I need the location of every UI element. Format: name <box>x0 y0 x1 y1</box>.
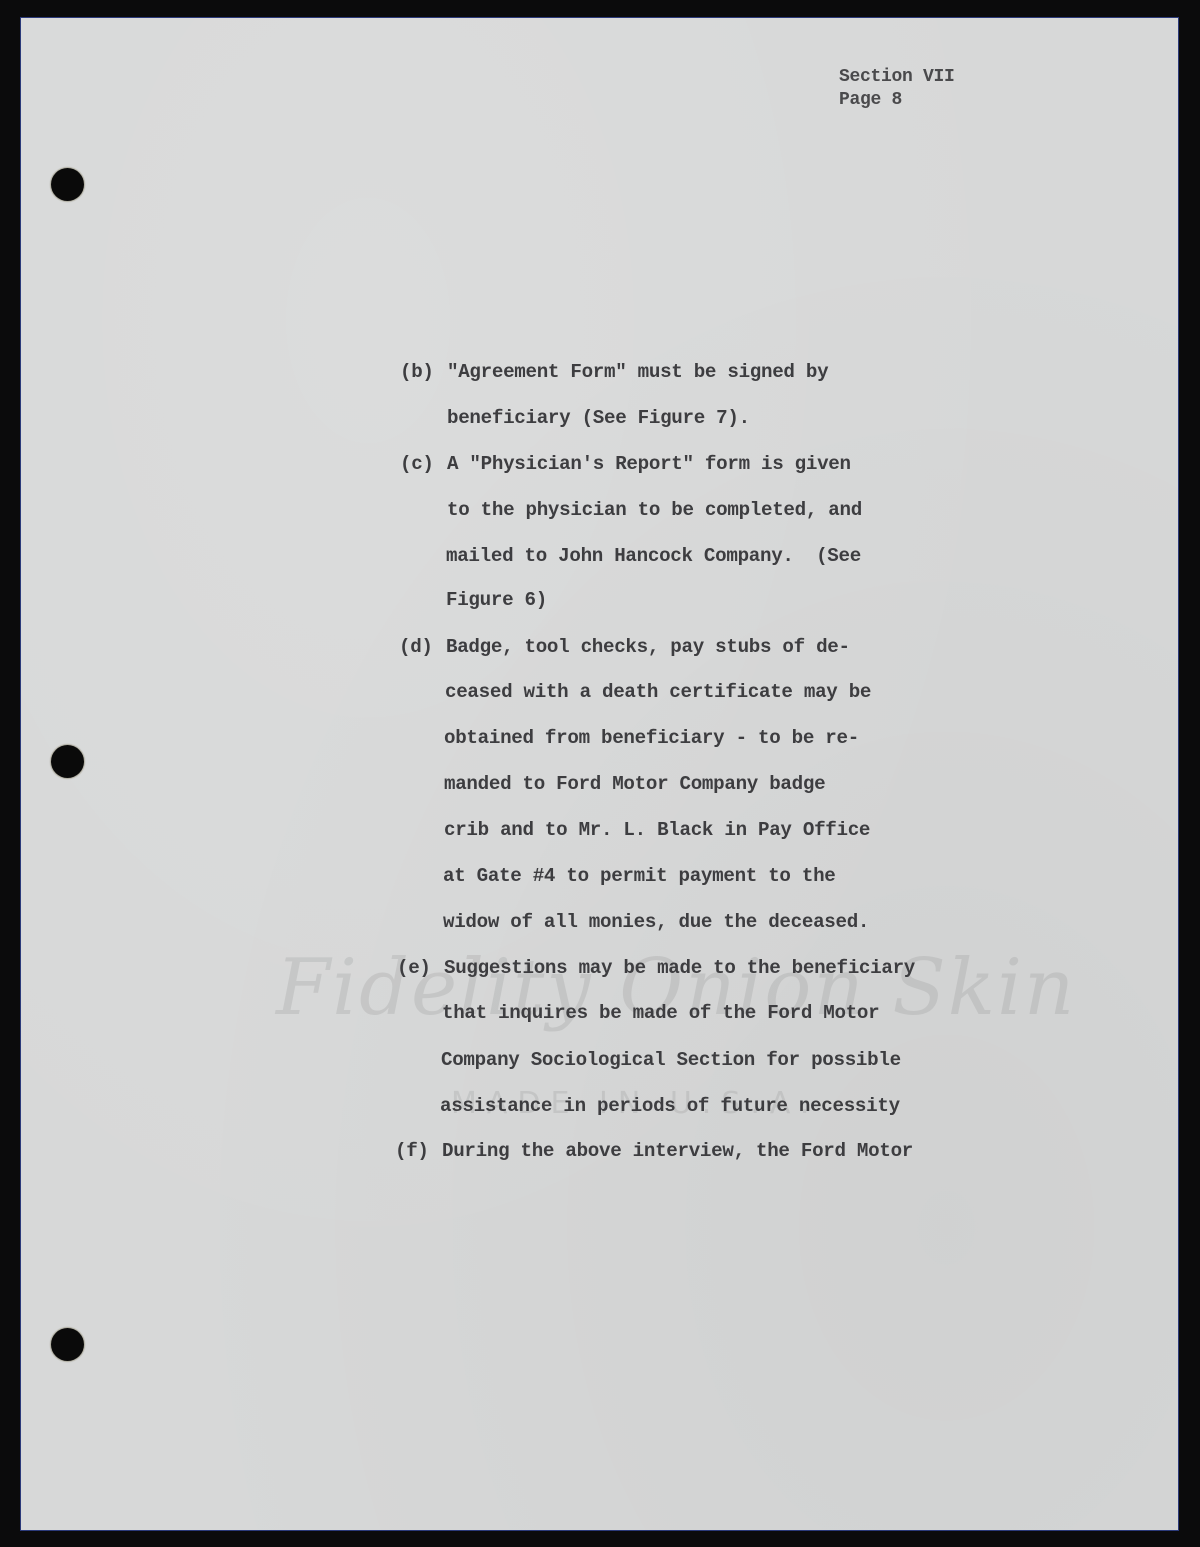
item-d-line-4: manded to Ford Motor Company badge <box>444 772 825 796</box>
punch-hole-bottom <box>51 1328 84 1361</box>
scanned-document: Fidelity Onion Skin MADE IN U.S.A. Secti… <box>0 0 1200 1547</box>
item-e-line-4: assistance in periods of future necessit… <box>440 1094 900 1118</box>
item-label: (e) <box>397 956 444 980</box>
item-c-line-2: to the physician to be completed, and <box>447 498 862 522</box>
page-number: Page 8 <box>839 89 955 112</box>
body-text: (b)"Agreement Form" must be signed by be… <box>21 18 90 656</box>
item-b-line-2: beneficiary (See Figure 7). <box>447 406 750 430</box>
item-e-line-3: Company Sociological Section for possibl… <box>441 1048 901 1072</box>
item-d-line-2: ceased with a death certificate may be <box>445 680 871 704</box>
item-label: (d) <box>399 635 446 659</box>
item-e-line-2: that inquires be made of the Ford Motor <box>442 1001 879 1025</box>
punch-hole-middle <box>51 745 84 778</box>
item-c-line-4: Figure 6) <box>446 588 547 612</box>
item-text: "Agreement Form" must be signed by <box>447 361 828 383</box>
item-label: (c) <box>400 452 447 476</box>
item-d-line-7: widow of all monies, due the deceased. <box>443 910 869 934</box>
section-number: Section VII <box>839 66 955 89</box>
item-text: During the above interview, the Ford Mot… <box>442 1140 913 1162</box>
item-c-line-3: mailed to John Hancock Company. (See <box>446 544 861 568</box>
item-text: Badge, tool checks, pay stubs of de- <box>446 636 850 658</box>
item-e-line-1: (e)Suggestions may be made to the benefi… <box>397 956 915 980</box>
paper-page: Fidelity Onion Skin MADE IN U.S.A. Secti… <box>21 18 1178 1530</box>
item-c-line-1: (c)A "Physician's Report" form is given <box>400 452 851 476</box>
item-d-line-5: crib and to Mr. L. Black in Pay Office <box>444 818 870 842</box>
item-text: A "Physician's Report" form is given <box>447 453 851 475</box>
item-d-line-1: (d)Badge, tool checks, pay stubs of de- <box>399 635 850 659</box>
item-d-line-3: obtained from beneficiary - to be re- <box>444 726 859 750</box>
item-label: (b) <box>400 360 447 384</box>
item-d-line-6: at Gate #4 to permit payment to the <box>443 864 836 888</box>
item-b-line-1: (b)"Agreement Form" must be signed by <box>400 360 828 384</box>
item-f-line-1: (f)During the above interview, the Ford … <box>395 1139 913 1163</box>
item-text: Suggestions may be made to the beneficia… <box>444 957 915 979</box>
item-label: (f) <box>395 1139 442 1163</box>
page-header: Section VII Page 8 <box>839 66 955 112</box>
